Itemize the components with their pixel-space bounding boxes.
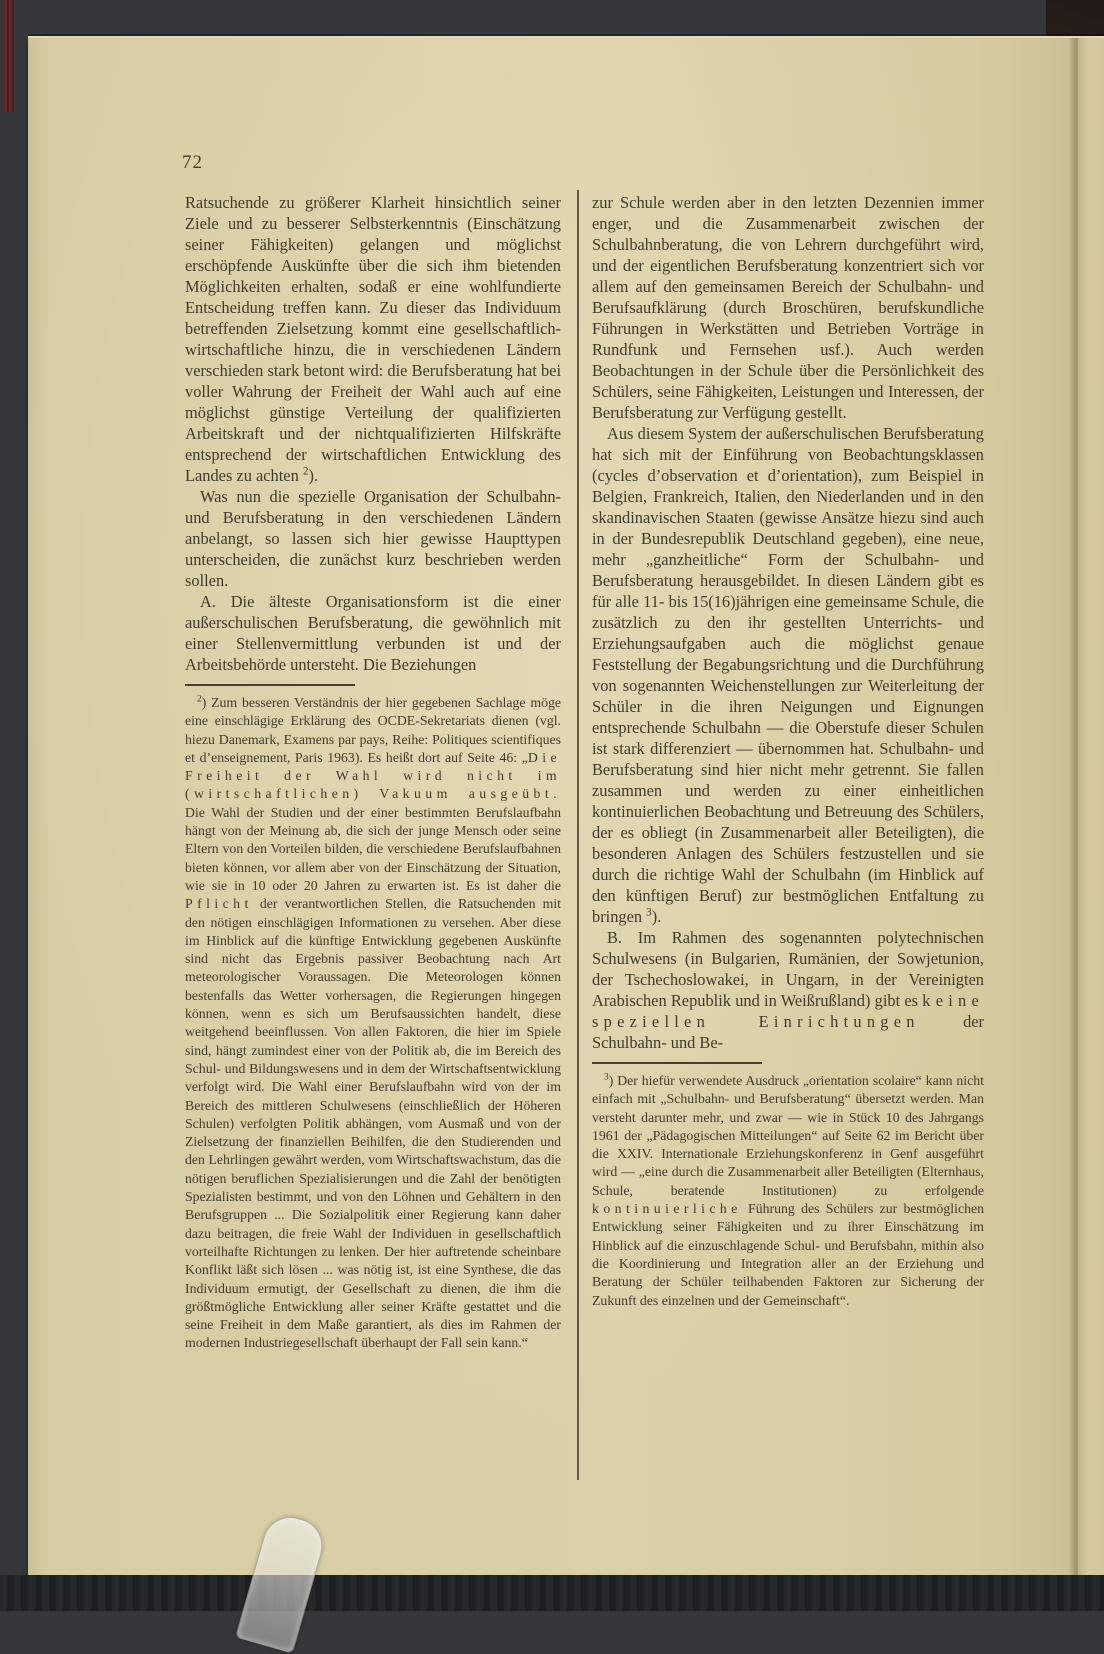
right-column: zur Schule werden aber in den letzten De… [592, 192, 984, 1310]
text-run: kontinuierliche [592, 1201, 742, 1216]
paragraph: zur Schule werden aber in den letzten De… [592, 192, 984, 423]
red-edge-marks [4, 0, 14, 112]
paragraph: Was nun die spezielle Organisation der S… [185, 486, 561, 591]
text-run: Die Wahl der Studien und der einer besti… [185, 805, 561, 893]
text-run: ). [652, 907, 662, 926]
text-run: Pflicht [185, 896, 253, 911]
footnote-separator [185, 684, 355, 686]
paragraph: Ratsuchende zu größerer Klarheit hinsich… [185, 192, 561, 486]
text-run: Aus diesem System der außerschulischen B… [592, 424, 984, 926]
footnote-separator [592, 1062, 762, 1064]
page-number: 72 [182, 152, 203, 174]
paragraph: Aus diesem System der außerschulischen B… [592, 423, 984, 927]
text-run: A. Die älteste Organisationsform ist die… [185, 592, 561, 674]
text-run: Ratsuchende zu größerer Klarheit hinsich… [185, 193, 561, 485]
text-run: Führung des Schülers zur bestmöglichen E… [592, 1201, 984, 1307]
footnote-text: 2) Zum besseren Verständnis der hier geg… [185, 694, 561, 1353]
adjacent-page-edge [1078, 38, 1104, 1578]
page: 72 Ratsuchende zu größerer Klarheit hins… [28, 36, 1104, 1581]
left-column-text: Ratsuchende zu größerer Klarheit hinsich… [185, 192, 561, 675]
right-column-text: zur Schule werden aber in den letzten De… [592, 192, 984, 1053]
scanner-bed-shadow [0, 1575, 1104, 1611]
right-column-footnote: 3) Der hiefür verwendete Ausdruck „orien… [592, 1072, 984, 1310]
paragraph: B. Im Rahmen des sogenannten polytechnis… [592, 927, 984, 1053]
footnote-text: 3) Der hiefür verwendete Ausdruck „orien… [592, 1072, 984, 1310]
paragraph: A. Die älteste Organisationsform ist die… [185, 591, 561, 675]
text-run: ). [308, 466, 318, 485]
column-divider [577, 190, 579, 1480]
book-scan: 72 Ratsuchende zu größerer Klarheit hins… [0, 0, 1104, 1611]
text-run: ) Der hiefür verwendete Ausdruck „orient… [592, 1073, 984, 1198]
left-column: Ratsuchende zu größerer Klarheit hinsich… [185, 192, 561, 1353]
text-run: Was nun die spezielle Organisation der S… [185, 487, 561, 590]
left-column-footnote: 2) Zum besseren Verständnis der hier geg… [185, 694, 561, 1353]
text-run: ) Zum besseren Verständnis der hier gege… [185, 695, 561, 765]
text-run: der verantwortlichen Stellen, die Ratsuc… [185, 896, 561, 1350]
text-run: zur Schule werden aber in den letzten De… [592, 193, 984, 422]
